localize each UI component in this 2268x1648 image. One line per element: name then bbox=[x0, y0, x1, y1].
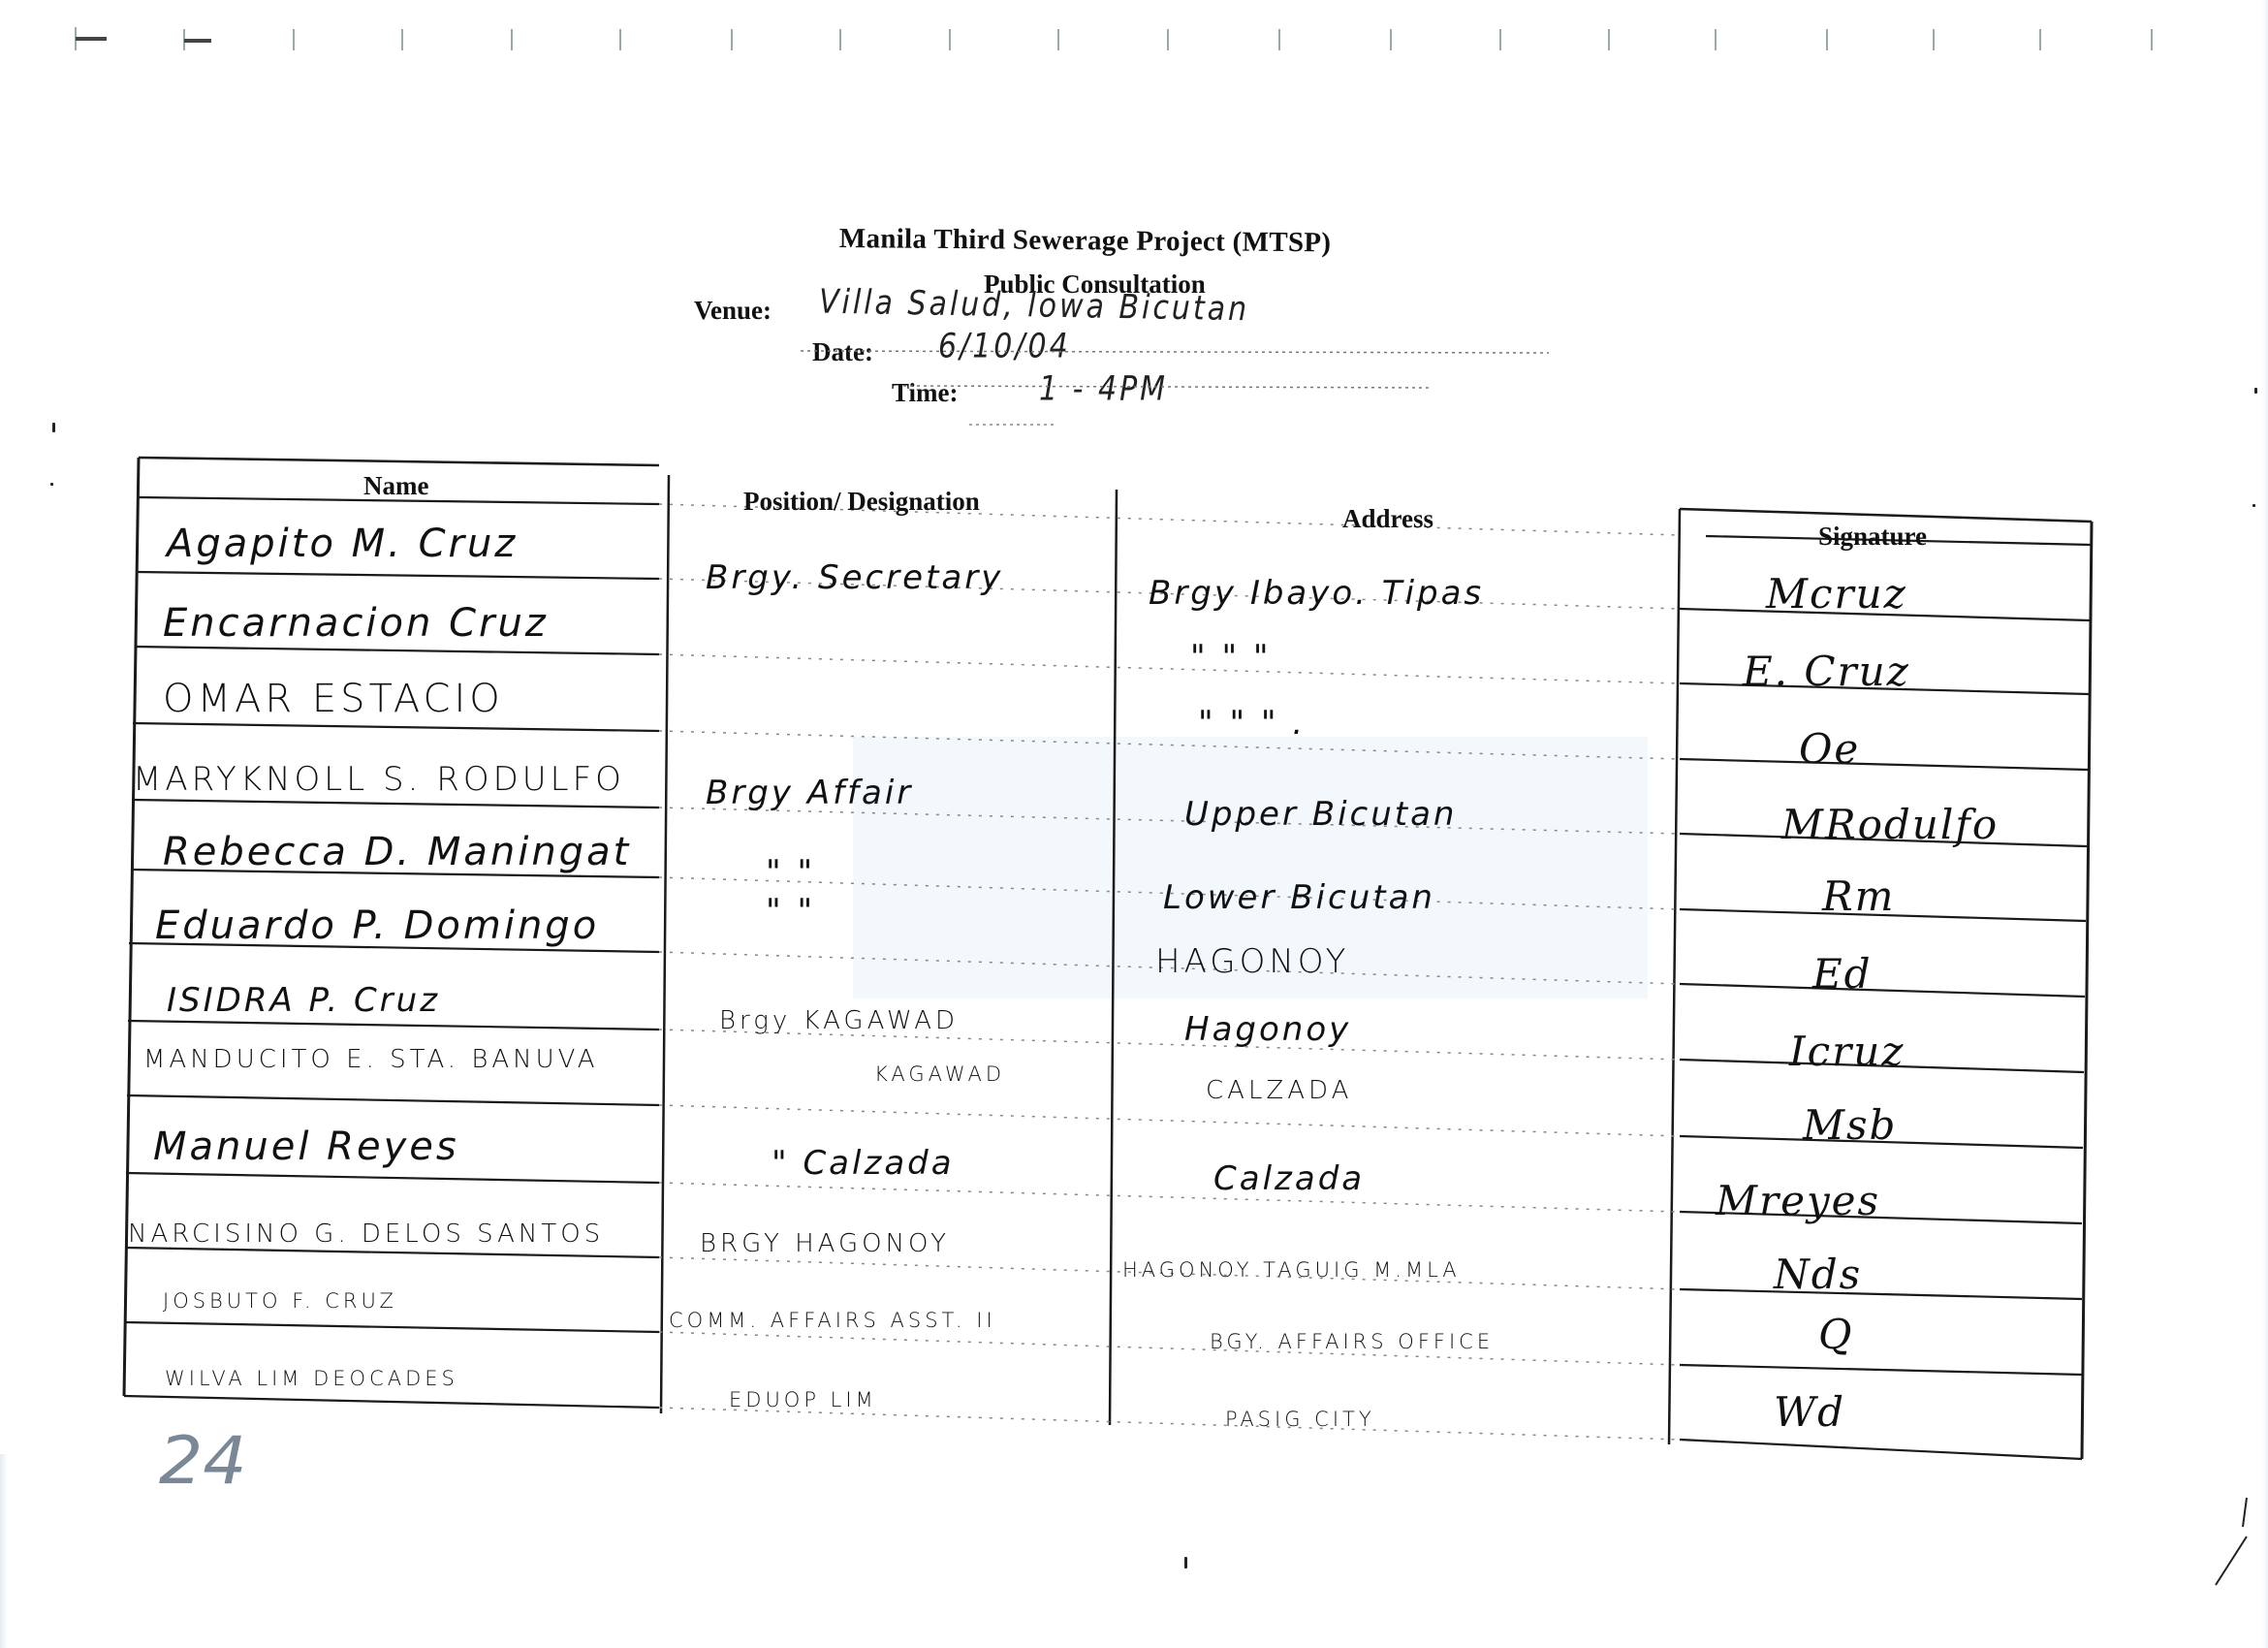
row-2-signature: E. Cruz bbox=[1743, 648, 1910, 695]
row-12-position: EDUOP LIM bbox=[729, 1388, 877, 1411]
column-header-address: Address bbox=[1342, 504, 1433, 534]
row-12-address: PASIG CITY bbox=[1225, 1408, 1375, 1431]
row-5-address: Lower Bicutan bbox=[1163, 878, 1435, 917]
row-7-signature: Icruz bbox=[1789, 1028, 1905, 1075]
row-6-signature: Ed bbox=[1812, 950, 1873, 998]
column-header-position: Position/ Designation bbox=[743, 487, 980, 517]
row-3-name: OMAR ESTACIO bbox=[163, 677, 504, 721]
row-1-signature: Mcruz bbox=[1766, 570, 1907, 618]
row-11-position: COMM. AFFAIRS ASST. II bbox=[669, 1309, 996, 1332]
row-9-address: Calzada bbox=[1213, 1159, 1365, 1198]
row-6-position: " " bbox=[766, 892, 815, 931]
row-7-position: Brgy KAGAWAD bbox=[719, 1006, 959, 1035]
row-4-name: MARYKNOLL S. RODULFO bbox=[133, 760, 625, 799]
row-1-address: Brgy Ibayo. Tipas bbox=[1149, 574, 1484, 613]
row-8-position: KAGAWAD bbox=[874, 1062, 1005, 1086]
scan-dot bbox=[2254, 388, 2257, 394]
row-8-address: CALZADA bbox=[1206, 1076, 1352, 1105]
row-1-name: Agapito M. Cruz bbox=[167, 522, 518, 566]
row-10-signature: Nds bbox=[1774, 1251, 1862, 1298]
row-12-name: WILVA LIM DEOCADES bbox=[165, 1367, 458, 1390]
row-7-address: Hagonoy bbox=[1184, 1010, 1351, 1049]
row-8-signature: Msb bbox=[1803, 1101, 1897, 1149]
row-11-address: BGY. AFFAIRS OFFICE bbox=[1210, 1330, 1494, 1353]
page-number-annotation: 24 bbox=[159, 1423, 247, 1500]
row-10-address: HAGONOY TAGUIG M.MLA bbox=[1122, 1258, 1461, 1282]
row-10-position: BRGY HAGONOY bbox=[700, 1229, 950, 1258]
row-9-signature: Mreyes bbox=[1716, 1177, 1880, 1224]
row-5-signature: Rm bbox=[1822, 872, 1895, 920]
row-9-name: Manuel Reyes bbox=[153, 1125, 459, 1169]
row-6-address: HAGONOY bbox=[1155, 942, 1349, 981]
row-10-name: NARCISINO G. DELOS SANTOS bbox=[128, 1220, 604, 1249]
row-5-name: Rebecca D. Maningat bbox=[163, 830, 631, 874]
row-2-address: " " " bbox=[1190, 638, 1272, 677]
scanned-page: Manila Third Sewerage Project (MTSP) Pub… bbox=[0, 0, 2268, 1648]
row-4-signature: MRodulfo bbox=[1781, 801, 1999, 848]
row-4-address: Upper Bicutan bbox=[1184, 795, 1457, 834]
row-1-position: Brgy. Secretary bbox=[706, 558, 1003, 597]
row-12-signature: Wd bbox=[1774, 1388, 1845, 1436]
row-11-signature: Q bbox=[1818, 1311, 1853, 1358]
row-11-name: JOSBUTO F. CRUZ bbox=[163, 1289, 397, 1313]
scan-dot bbox=[50, 483, 53, 486]
row-3-address: " " " . bbox=[1198, 704, 1306, 743]
row-7-name: ISIDRA P. Cruz bbox=[167, 981, 440, 1020]
scan-dot bbox=[52, 423, 55, 432]
row-4-position: Brgy Affair bbox=[706, 774, 913, 812]
column-header-name: Name bbox=[363, 471, 428, 501]
scan-dot bbox=[1184, 1557, 1187, 1569]
row-6-name: Eduardo P. Domingo bbox=[155, 903, 599, 948]
scan-dot bbox=[2252, 504, 2255, 507]
row-9-position: " Calzada bbox=[772, 1144, 955, 1183]
row-2-name: Encarnacion Cruz bbox=[163, 601, 549, 646]
row-5-position: " " bbox=[766, 853, 815, 892]
column-header-signature: Signature bbox=[1818, 522, 1927, 552]
row-3-signature: Oe bbox=[1799, 725, 1860, 773]
row-8-name: MANDUCITO E. STA. BANUVA bbox=[143, 1045, 599, 1074]
